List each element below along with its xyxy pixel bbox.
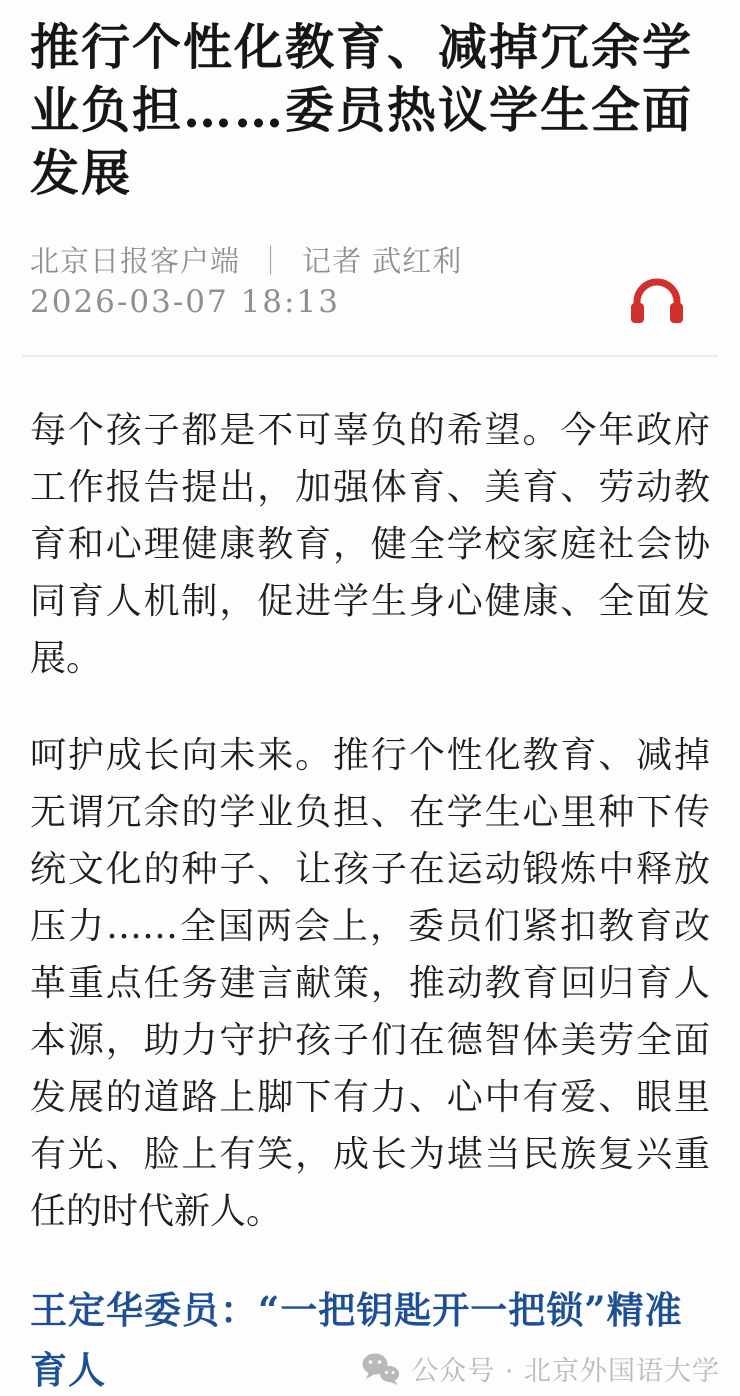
headphone-icon — [628, 315, 686, 330]
byline-source: 北京日报客户端 — [30, 244, 240, 278]
watermark-text: 公众号 · 北京外国语大学 — [411, 1349, 720, 1388]
wechat-watermark: 公众号 · 北京外国语大学 — [361, 1349, 720, 1388]
byline-block: 北京日报客户端｜记者 武红利 2026-03-07 18:13 — [30, 241, 710, 323]
byline-reporter: 记者 武红利 — [302, 244, 462, 278]
article-body: 每个孩子都是不可辜负的希望。今年政府工作报告提出，加强体育、美育、劳动教育和心理… — [30, 402, 710, 1240]
wechat-icon — [361, 1352, 401, 1386]
audio-play-button[interactable] — [628, 277, 686, 327]
publish-datetime: 2026-03-07 18:13 — [30, 281, 710, 323]
paragraph: 呵护成长向未来。推行个性化教育、减掉无谓冗余的学业负担、在学生心里种下传统文化的… — [30, 727, 710, 1240]
article-page: 推行个性化教育、减掉冗余学业负担……委员热议学生全面发展 北京日报客户端｜记者 … — [0, 0, 740, 1396]
byline: 北京日报客户端｜记者 武红利 — [30, 241, 710, 281]
paragraph: 每个孩子都是不可辜负的希望。今年政府工作报告提出，加强体育、美育、劳动教育和心理… — [30, 402, 710, 687]
header-divider — [22, 355, 718, 357]
article-title: 推行个性化教育、减掉冗余学业负担……委员热议学生全面发展 — [30, 16, 710, 205]
byline-separator: ｜ — [256, 241, 286, 281]
